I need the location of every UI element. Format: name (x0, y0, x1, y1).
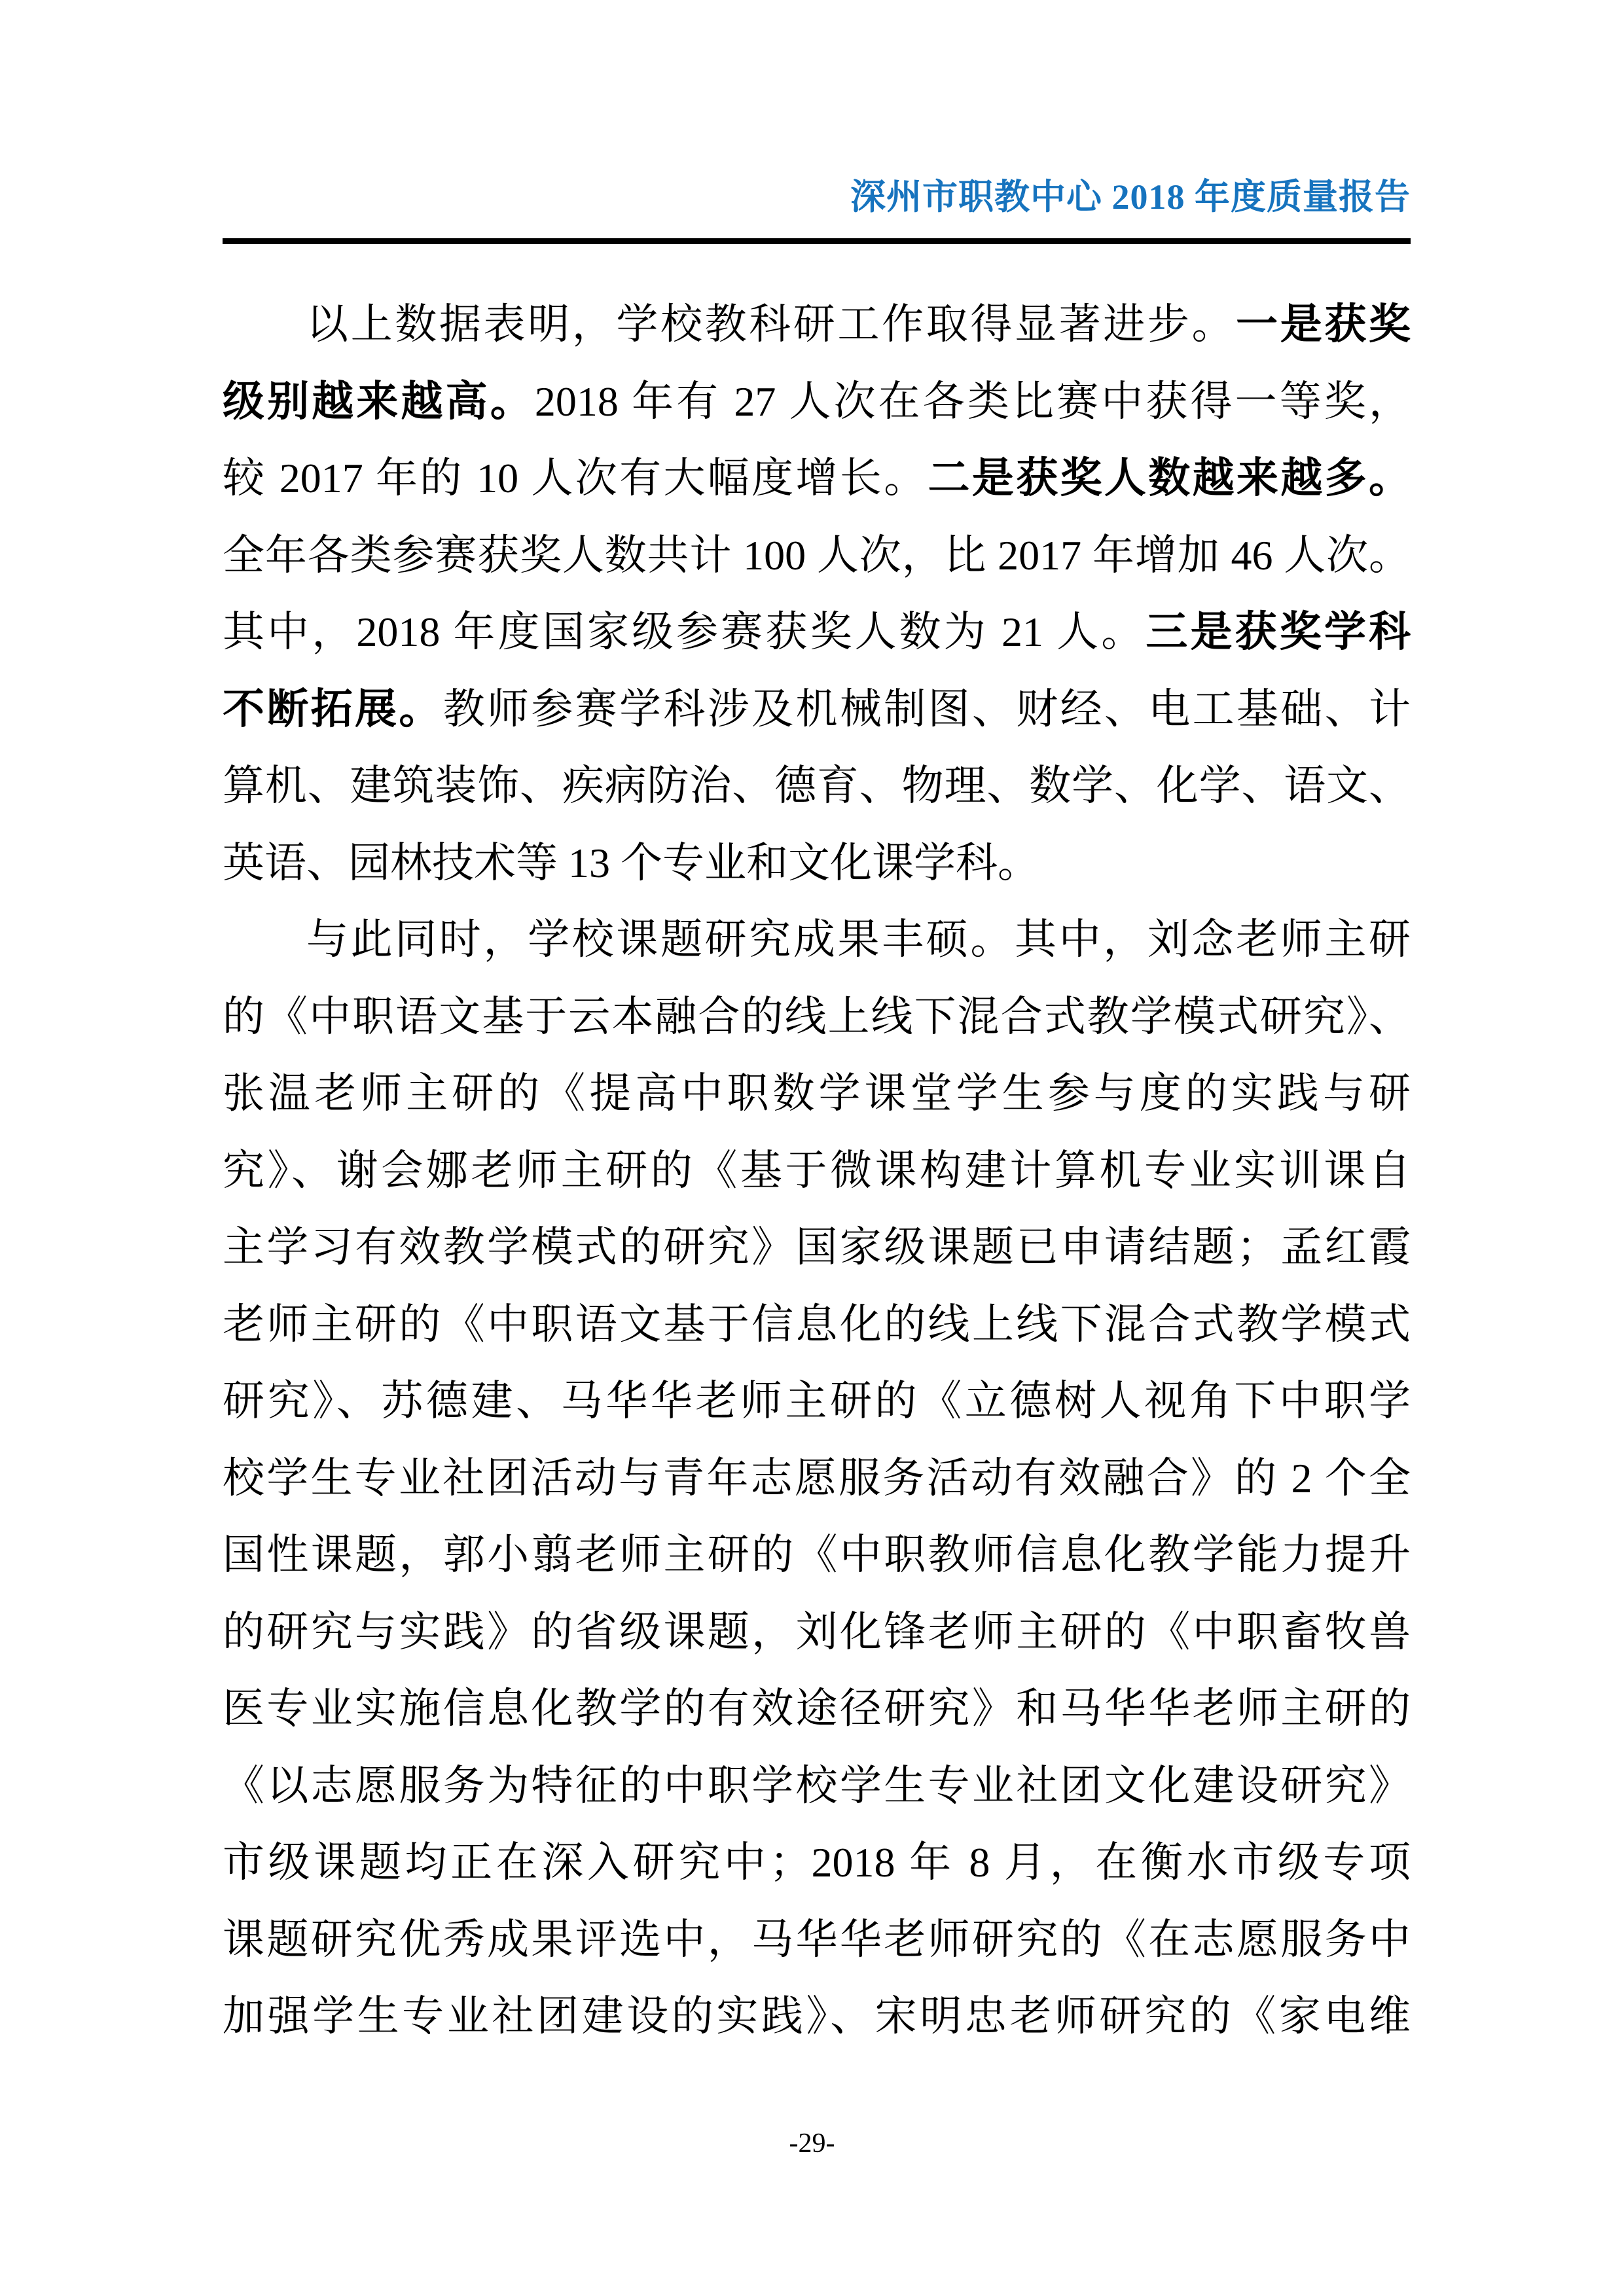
page-number: -29- (789, 2128, 835, 2159)
text-segment: 老师主研的《中职语文基于信息化的线上线下混合式教学模式 (223, 1301, 1411, 1348)
text-segment: 全年各类参赛获奖人数共计 100 人次，比 2017 年增加 46 人次。 (223, 532, 1411, 579)
text-line: 张温老师主研的《提高中职数学课堂学生参与度的实践与研 (223, 1055, 1411, 1132)
document-page: 深州市职教中心 2018 年度质量报告 以上数据表明，学校教科研工作取得显著进步… (0, 0, 1624, 2296)
bold-text-segment: 二是获奖人数越来越多。 (928, 455, 1411, 501)
text-segment: 2018 年有 27 人次在各类比赛中获得一等奖， (535, 378, 1411, 425)
text-line: 与此同时，学校课题研究成果丰硕。其中，刘念老师主研 (223, 901, 1411, 978)
text-segment: 主学习有效教学模式的研究》国家级课题已申请结题；孟红霞 (223, 1224, 1411, 1270)
paragraph: 与此同时，学校课题研究成果丰硕。其中，刘念老师主研的《中职语文基于云本融合的线上… (223, 901, 1411, 2055)
text-line: 主学习有效教学模式的研究》国家级课题已申请结题；孟红霞 (223, 1209, 1411, 1286)
text-segment: 张温老师主研的《提高中职数学课堂学生参与度的实践与研 (223, 1070, 1411, 1117)
text-segment: 较 2017 年的 10 人次有大幅度增长。 (223, 455, 928, 501)
bold-text-segment: 级别越来越高。 (223, 378, 535, 425)
text-line: 英语、园林技术等 13 个专业和文化课学科。 (223, 825, 1411, 902)
text-line: 不断拓展。教师参赛学科涉及机械制图、财经、电工基础、计 (223, 671, 1411, 748)
paragraph: 以上数据表明，学校教科研工作取得显著进步。一是获奖级别越来越高。2018 年有 … (223, 286, 1411, 901)
text-segment: 课题研究优秀成果评选中，马华华老师研究的《在志愿服务中 (223, 1916, 1411, 1963)
header-title: 深州市职教中心 2018 年度质量报告 (223, 175, 1411, 219)
text-line: 级别越来越高。2018 年有 27 人次在各类比赛中获得一等奖， (223, 363, 1411, 440)
text-line: 的《中职语文基于云本融合的线上线下混合式教学模式研究》、 (223, 978, 1411, 1056)
text-line: 以上数据表明，学校教科研工作取得显著进步。一是获奖 (223, 286, 1411, 363)
text-segment: 教师参赛学科涉及机械制图、财经、电工基础、计 (443, 686, 1411, 732)
text-line: 算机、建筑装饰、疾病防治、德育、物理、数学、化学、语文、 (223, 747, 1411, 825)
text-segment: 以上数据表明，学校教科研工作取得显著进步。 (306, 301, 1236, 348)
text-segment: 与此同时，学校课题研究成果丰硕。其中，刘念老师主研 (306, 916, 1411, 963)
page-header: 深州市职教中心 2018 年度质量报告 (223, 175, 1411, 244)
text-line: 医专业实施信息化教学的有效途径研究》和马华华老师主研的 (223, 1670, 1411, 1748)
text-line: 较 2017 年的 10 人次有大幅度增长。二是获奖人数越来越多。 (223, 440, 1411, 517)
text-line: 究》、谢会娜老师主研的《基于微课构建计算机专业实训课自 (223, 1132, 1411, 1210)
text-segment: 研究》、苏德建、马华华老师主研的《立德树人视角下中职学 (223, 1378, 1411, 1424)
text-segment: 算机、建筑装饰、疾病防治、德育、物理、数学、化学、语文、 (223, 762, 1411, 809)
text-line: 老师主研的《中职语文基于信息化的线上线下混合式教学模式 (223, 1286, 1411, 1363)
text-segment: 加强学生专业社团建设的实践》、宋明忠老师研究的《家电维 (223, 1993, 1411, 2039)
text-line: 《以志愿服务为特征的中职学校学生专业社团文化建设研究》 (223, 1748, 1411, 1825)
text-segment: 市级课题均正在深入研究中；2018 年 8 月，在衡水市级专项 (223, 1839, 1411, 1886)
text-line: 课题研究优秀成果评选中，马华华老师研究的《在志愿服务中 (223, 1901, 1411, 1979)
text-segment: 校学生专业社团活动与青年志愿服务活动有效融合》的 2 个全 (223, 1455, 1411, 1501)
text-line: 研究》、苏德建、马华华老师主研的《立德树人视角下中职学 (223, 1363, 1411, 1440)
text-line: 校学生专业社团活动与青年志愿服务活动有效融合》的 2 个全 (223, 1440, 1411, 1517)
text-line: 其中，2018 年度国家级参赛获奖人数为 21 人。三是获奖学科 (223, 594, 1411, 671)
text-line: 市级课题均正在深入研究中；2018 年 8 月，在衡水市级专项 (223, 1824, 1411, 1901)
bold-text-segment: 一是获奖 (1236, 301, 1411, 348)
text-line: 全年各类参赛获奖人数共计 100 人次，比 2017 年增加 46 人次。 (223, 517, 1411, 594)
text-line: 的研究与实践》的省级课题，刘化锋老师主研的《中职畜牧兽 (223, 1594, 1411, 1671)
text-segment: 医专业实施信息化教学的有效途径研究》和马华华老师主研的 (223, 1685, 1411, 1732)
text-segment: 英语、园林技术等 13 个专业和文化课学科。 (223, 840, 1039, 886)
text-segment: 的《中职语文基于云本融合的线上线下混合式教学模式研究》、 (223, 994, 1411, 1040)
text-segment: 的研究与实践》的省级课题，刘化锋老师主研的《中职畜牧兽 (223, 1609, 1411, 1655)
page-footer: -29- (0, 2127, 1624, 2160)
text-segment: 其中，2018 年度国家级参赛获奖人数为 21 人。 (223, 609, 1146, 655)
header-rule (223, 238, 1411, 244)
document-body: 以上数据表明，学校教科研工作取得显著进步。一是获奖级别越来越高。2018 年有 … (223, 286, 1411, 2055)
text-line: 国性课题，郭小翦老师主研的《中职教师信息化教学能力提升 (223, 1516, 1411, 1594)
bold-text-segment: 三是获奖学科 (1146, 609, 1411, 655)
text-segment: 国性课题，郭小翦老师主研的《中职教师信息化教学能力提升 (223, 1532, 1411, 1578)
text-segment: 究》、谢会娜老师主研的《基于微课构建计算机专业实训课自 (223, 1147, 1411, 1194)
bold-text-segment: 不断拓展。 (223, 686, 443, 732)
text-line: 加强学生专业社团建设的实践》、宋明忠老师研究的《家电维 (223, 1978, 1411, 2055)
text-segment: 《以志愿服务为特征的中职学校学生专业社团文化建设研究》 (223, 1763, 1411, 1809)
